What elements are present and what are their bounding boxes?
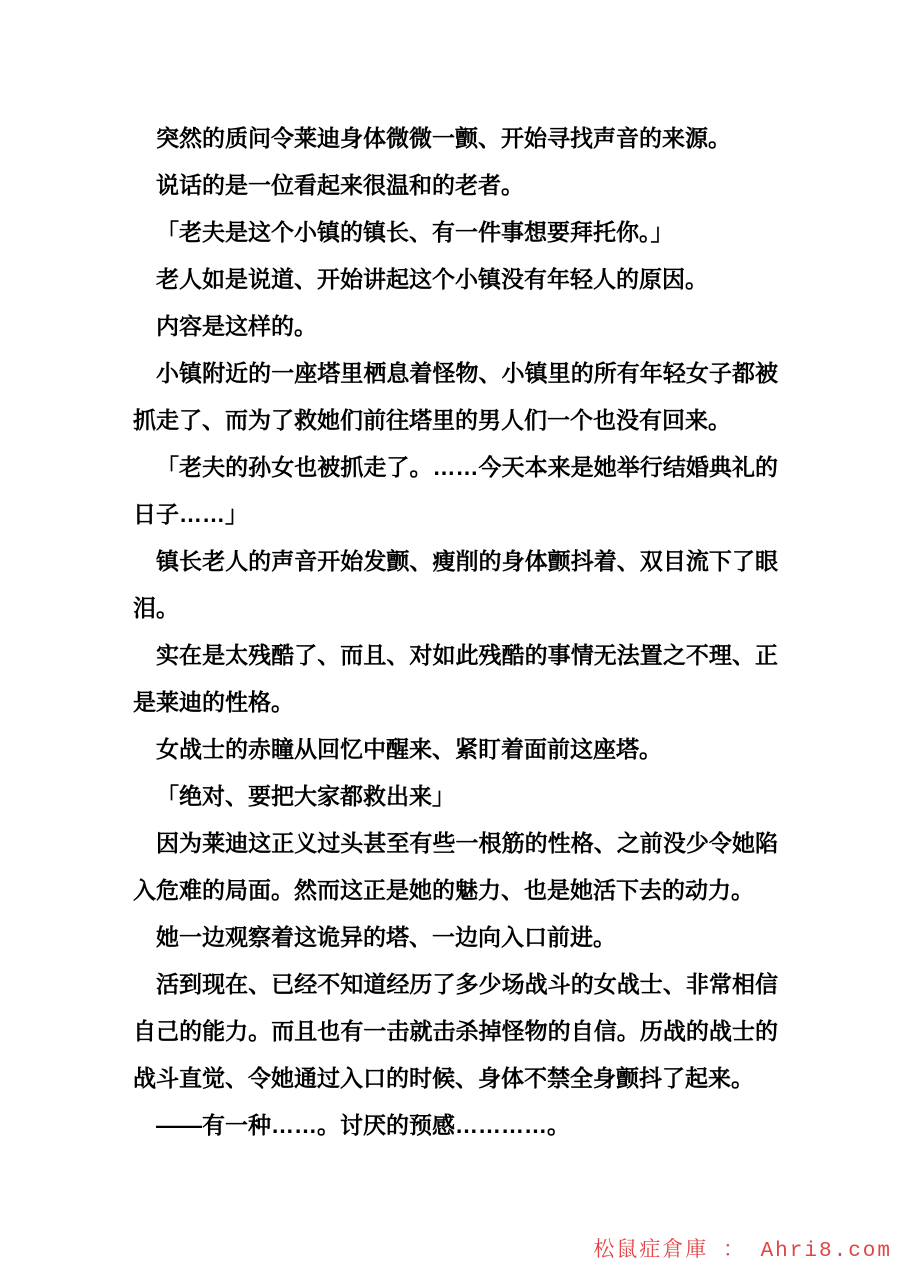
paragraph: 「老夫是这个小镇的镇长、有一件事想要拜托你。」: [133, 209, 778, 256]
paragraph: 老人如是说道、开始讲起这个小镇没有年轻人的原因。: [133, 256, 778, 303]
paragraph: 说话的是一位看起来很温和的老者。: [133, 162, 778, 209]
paragraph: 女战士的赤瞳从回忆中醒来、紧盯着面前这座塔。: [133, 726, 778, 773]
paragraph: ——有一种……。讨厌的预感…………。: [133, 1102, 778, 1149]
watermark-text: 松鼠症倉庫 ： Ahri8.com: [593, 1240, 892, 1263]
paragraph: 因为莱迪这正义过头甚至有些一根筋的性格、之前没少令她陷入危难的局面。然而这正是她…: [133, 820, 778, 914]
paragraph: 「绝对、要把大家都救出来」: [133, 773, 778, 820]
paragraph: 突然的质问令莱迪身体微微一颤、开始寻找声音的来源。: [133, 115, 778, 162]
paragraph: 内容是这样的。: [133, 303, 778, 350]
paragraph: 活到现在、已经不知道经历了多少场战斗的女战士、非常相信自己的能力。而且也有一击就…: [133, 961, 778, 1102]
paragraph: 小镇附近的一座塔里栖息着怪物、小镇里的所有年轻女子都被抓走了、而为了救她们前往塔…: [133, 350, 778, 444]
paragraph: 实在是太残酷了、而且、对如此残酷的事情无法置之不理、正是莱迪的性格。: [133, 632, 778, 726]
paragraph: 「老夫的孙女也被抓走了。……今天本来是她举行结婚典礼的日子……」: [133, 444, 778, 538]
novel-text-body: 突然的质问令莱迪身体微微一颤、开始寻找声音的来源。说话的是一位看起来很温和的老者…: [133, 115, 778, 1149]
watermark: 松鼠症倉庫 ： Ahri8.com: [593, 1233, 892, 1263]
paragraph: 镇长老人的声音开始发颤、瘦削的身体颤抖着、双目流下了眼泪。: [133, 538, 778, 632]
novel-page: 突然的质问令莱迪身体微微一颤、开始寻找声音的来源。说话的是一位看起来很温和的老者…: [0, 0, 900, 1273]
paragraph: 她一边观察着这诡异的塔、一边向入口前进。: [133, 914, 778, 961]
